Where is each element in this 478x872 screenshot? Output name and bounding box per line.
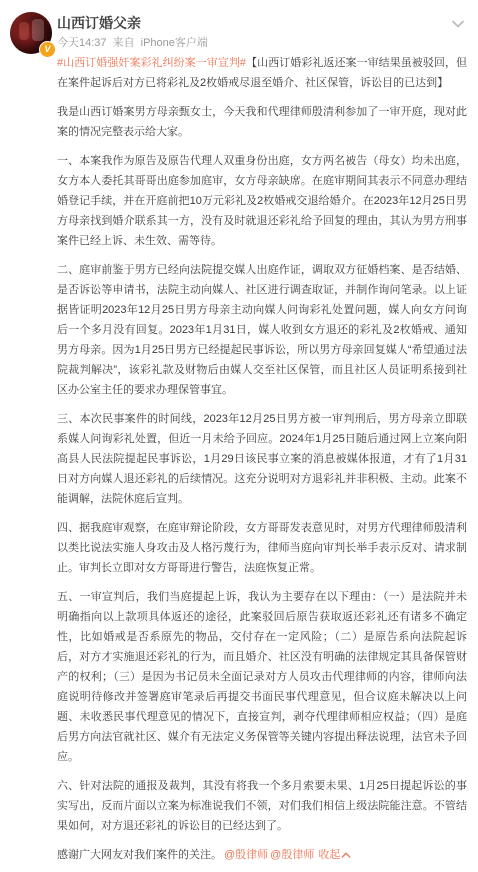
collapse-link[interactable]: 收起 bbox=[318, 849, 340, 861]
username[interactable]: 山西订婚父亲 bbox=[57, 14, 426, 32]
post-time: 今天14:37 bbox=[57, 37, 107, 49]
user-info: 山西订婚父亲 今天14:37 来自 iPhone客户端 bbox=[57, 14, 426, 50]
chevron-down-icon[interactable] bbox=[450, 16, 466, 32]
post-meta: 今天14:37 来自 iPhone客户端 bbox=[57, 36, 426, 50]
post-header: V 山西订婚父亲 今天14:37 来自 iPhone客户端 bbox=[10, 12, 466, 58]
verified-badge-icon: V bbox=[39, 41, 56, 58]
weibo-post-screen: V 山西订婚父亲 今天14:37 来自 iPhone客户端 #山西订婚强奸案彩礼… bbox=[0, 0, 478, 872]
mention-link[interactable]: @殷律师 bbox=[224, 849, 268, 861]
paragraph-intro: 我是山西订婚案男方母亲甄女士，今天我和代理律师殷清利参加了一审开庭，现对此案的情… bbox=[57, 102, 467, 142]
paragraph-3: 三、本次民事案件的时间线，2023年12月25日男方被一审判刑后，男方母亲立即联… bbox=[57, 409, 467, 509]
post-headline: #山西订婚强奸案彩礼纠纷案一审宣判#【山西订婚彩礼返还案一审结果虽被驳回，但在案… bbox=[57, 53, 467, 93]
avatar[interactable]: V bbox=[10, 12, 52, 54]
closing-text: 感谢广大网友对我们案件的关注。 bbox=[57, 849, 222, 861]
post-source[interactable]: iPhone客户端 bbox=[141, 37, 208, 49]
source-label: 来自 bbox=[113, 37, 135, 49]
closing-line: 感谢广大网友对我们案件的关注。@殷律师@殷律师收起 bbox=[57, 845, 467, 865]
paragraph-5: 五、一审宣判后，我们当庭提起上诉，我认为主要存在以下理由：（一）是法院并未明确指… bbox=[57, 587, 467, 767]
hashtag-link[interactable]: #山西订婚强奸案彩礼纠纷案一审宣判# bbox=[57, 57, 246, 69]
chevron-up-icon[interactable] bbox=[341, 846, 351, 854]
paragraph-6: 六、针对法院的通报及裁判，其没有将我一个多月索要未果、1月25日提起诉讼的事实写… bbox=[57, 776, 467, 836]
paragraph-1: 一、本案我作为原告及原告代理人双重身份出庭，女方两名被告（母女）均未出庭，女方本… bbox=[57, 151, 467, 251]
paragraph-2: 二、庭审前鉴于男方已经向法院提交媒人出庭作证，调取双方征婚档案、是否结婚、是否诉… bbox=[57, 260, 467, 400]
post-content: #山西订婚强奸案彩礼纠纷案一审宣判#【山西订婚彩礼返还案一审结果虽被驳回，但在案… bbox=[57, 53, 467, 872]
mention-link[interactable]: @殷律师 bbox=[270, 849, 314, 861]
paragraph-4: 四、据我庭审观察，在庭审辩论阶段，女方哥哥发表意见时，对男方代理律师殷清利以类比… bbox=[57, 518, 467, 578]
